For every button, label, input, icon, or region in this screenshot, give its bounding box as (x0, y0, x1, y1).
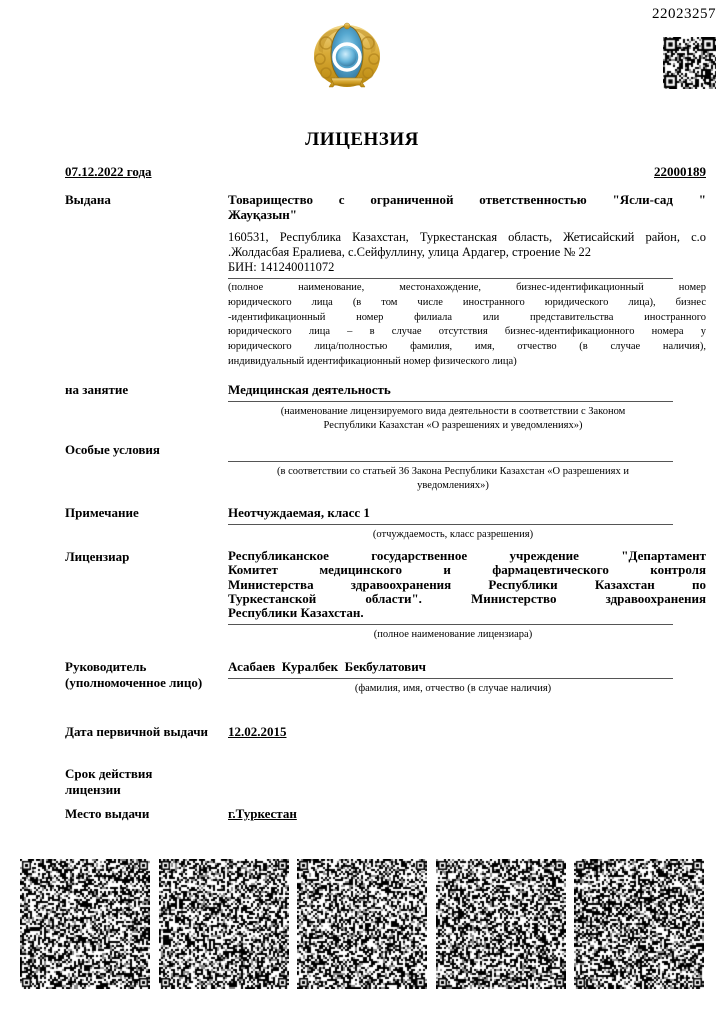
field-footnote: (фамилия, имя, отчество (в случае наличи… (228, 682, 678, 696)
document-number-top: 22023257 (652, 6, 716, 23)
field-label: Выдана (65, 192, 228, 208)
address-line: 160531, Республика Казахстан, Туркестанс… (228, 230, 706, 245)
security-barcode-strip (20, 859, 704, 989)
field-value: Республиканское государственное учрежден… (228, 549, 706, 642)
field-value: (в соответствии со статьей 36 Закона Рес… (228, 442, 706, 492)
field-footnote: (в соответствии со статьей 36 Закона Рес… (228, 465, 678, 492)
field-value: г.Туркестан (228, 806, 706, 822)
field-label: Место выдачи (65, 806, 228, 822)
license-document: 22023257 (0, 0, 724, 1024)
field-rule-line (228, 524, 673, 525)
field-rule-line (228, 624, 673, 625)
first-issue-date-value: 12.02.2015 (228, 724, 287, 739)
activity-value: Медицинская деятельность (228, 382, 706, 397)
data-matrix-barcode-icon (159, 859, 289, 989)
field-label: Примечание (65, 505, 228, 521)
field-label: Лицензиар (65, 549, 228, 565)
address-line: БИН: 141240011072 (228, 260, 706, 275)
field-value: Медицинская деятельность (наименование л… (228, 382, 706, 432)
field-label: на занятие (65, 382, 228, 398)
kazakhstan-coat-of-arms-icon (299, 21, 395, 93)
data-matrix-barcode-icon (436, 859, 566, 989)
section-note: Примечание Неотчуждаемая, класс 1 (отчуж… (65, 505, 706, 542)
field-rule-line (228, 461, 673, 462)
field-value: Неотчуждаемая, класс 1 (отчуждаемость, к… (228, 505, 706, 542)
special-conditions-value (228, 442, 706, 457)
section-validity-period: Срок действия лицензии (65, 766, 706, 797)
address-line: .Жолдасбая Ералиева, с.Сейфуллину, улица… (228, 245, 706, 260)
section-licensor: Лицензиар Республиканское государственно… (65, 549, 706, 642)
field-label: Особые условия (65, 442, 228, 458)
section-first-issue-date: Дата первичной выдачи 12.02.2015 (65, 724, 706, 740)
field-label: Руководитель (уполномоченное лицо) (65, 659, 228, 690)
field-rule-line (228, 678, 673, 679)
field-footnote: (полное наименование лицензиара) (228, 628, 678, 642)
licensee-name-line: Товарищество с ограниченной ответственно… (228, 192, 706, 207)
note-value: Неотчуждаемая, класс 1 (228, 505, 706, 520)
licensee-address: 160531, Республика Казахстан, Туркестанс… (228, 230, 706, 274)
license-number: 22000189 (654, 164, 706, 180)
licensor-line: Министерства здравоохранения Республики … (228, 578, 706, 592)
head-name: Асабаев Куралбек Бекбулатович (228, 659, 706, 674)
data-matrix-barcode-icon (574, 859, 704, 989)
field-footnote: (полное наименование, местонахождение, б… (228, 281, 706, 369)
data-matrix-barcode-icon (20, 859, 150, 989)
licensee-name-line: Жауқазын" (228, 207, 706, 222)
section-activity: на занятие Медицинская деятельность (наи… (65, 382, 706, 432)
licensor-line: Республиканское государственное учрежден… (228, 549, 706, 563)
field-rule-line (228, 401, 673, 402)
data-matrix-barcode-icon (297, 859, 427, 989)
licensor-line: Республики Казахстан. (228, 606, 706, 620)
field-footnote: (отчуждаемость, класс разрешения) (228, 528, 678, 542)
page-title: ЛИЦЕНЗИЯ (0, 129, 724, 151)
licensor-line: Туркестанской области". Министерство здр… (228, 592, 706, 606)
field-value: 12.02.2015 (228, 724, 706, 740)
field-label: Срок действия лицензии (65, 766, 228, 797)
qr-code-icon (663, 37, 716, 89)
field-value: Товарищество с ограниченной ответственно… (228, 192, 706, 369)
licensor-line: Комитет медицинского и фармацевтического… (228, 563, 706, 577)
section-head: Руководитель (уполномоченное лицо) Асаба… (65, 659, 706, 696)
section-special-conditions: Особые условия (в соответствии со статье… (65, 442, 706, 492)
issue-date: 07.12.2022 года (65, 164, 152, 180)
place-of-issue-value: г.Туркестан (228, 806, 297, 821)
field-rule-line (228, 278, 673, 279)
field-label: Дата первичной выдачи (65, 724, 228, 740)
date-number-row: 07.12.2022 года 22000189 (65, 164, 706, 180)
section-place-of-issue: Место выдачи г.Туркестан (65, 806, 706, 822)
section-issued-to: Выдана Товарищество с ограниченной ответ… (65, 192, 706, 369)
field-footnote: (наименование лицензируемого вида деятел… (228, 405, 678, 432)
field-value: Асабаев Куралбек Бекбулатович (фамилия, … (228, 659, 706, 696)
